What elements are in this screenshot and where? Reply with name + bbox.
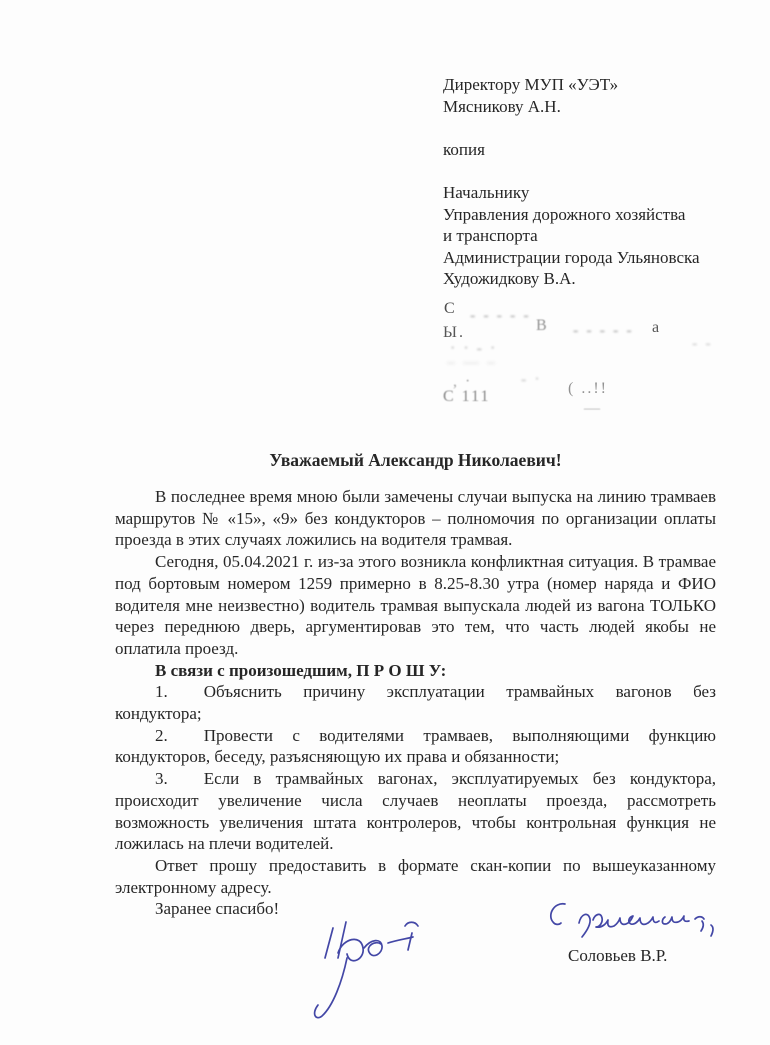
recipient-line-blank [443,160,700,182]
letter-page: Директору МУП «УЭТ» Мясникову А.Н. копия… [0,0,770,1045]
closing-paragraph: Ответ прошу предоставить в формате скан-… [115,855,716,898]
redacted-fragment: а [652,319,661,337]
signature-strokes [308,912,440,1024]
redacted-fragment: – — – [447,354,497,372]
recipient-line-blank [443,117,700,139]
handwritten-regards [543,893,721,941]
redacted-fragment: С [444,300,457,318]
request-item: 2.Провести с водителями трамваев, выполн… [115,725,716,768]
handwriting-regards-strokes [543,893,721,941]
recipient-block: Директору МУП «УЭТ» Мясникову А.Н. копия… [443,74,700,290]
recipient-line: Директору МУП «УЭТ» [443,74,700,96]
letter-body: В последнее время мною были замечены слу… [115,486,716,920]
recipient-line: Начальнику [443,182,700,204]
copy-label: копия [443,139,700,161]
recipient-line: Мясникову А.Н. [443,96,700,118]
request-item: 1.Объяснить причину эксплуатации трамвай… [115,681,716,724]
redacted-fragment: - - - - - [470,307,531,325]
salutation: Уважаемый Александр Николаевич! [115,450,716,471]
request-heading: В связи с произошедшим, П Р О Ш У: [115,660,716,682]
recipient-line: Управления дорожного хозяйства [443,204,700,226]
redacted-fragment: ( ..!! [568,380,608,398]
signature-name: Соловьев В.Р. [568,946,667,966]
paragraph: Сегодня, 05.04.2021 г. из-за этого возни… [115,551,716,660]
recipient-line: Администрации города Ульяновска [443,247,700,269]
redacted-fragment: — [584,400,602,418]
redacted-fragment: В [536,317,549,335]
request-item-text: Объяснить причину эксплуатации трамвайны… [115,682,716,723]
recipient-line: Художидкову В.А. [443,268,700,290]
paragraph: В последнее время мною были замечены слу… [115,486,716,551]
request-item-number: 3. [155,769,168,788]
signature-scribble [308,912,440,1024]
redacted-fragment: - · [521,371,542,389]
redacted-fragment: С 111 [443,388,490,406]
request-item-number: 2. [155,726,168,745]
recipient-line: и транспорта [443,225,700,247]
request-item: 3.Если в трамвайных вагонах, эксплуатиру… [115,768,716,855]
request-item-text: Провести с водителями трамваев, выполняю… [115,726,716,767]
redacted-fragment: - - [692,335,713,353]
request-item-number: 1. [155,682,168,701]
redacted-fragment: - - - - - [573,322,634,340]
request-item-text: Если в трамвайных вагонах, эксплуатируем… [115,769,716,853]
